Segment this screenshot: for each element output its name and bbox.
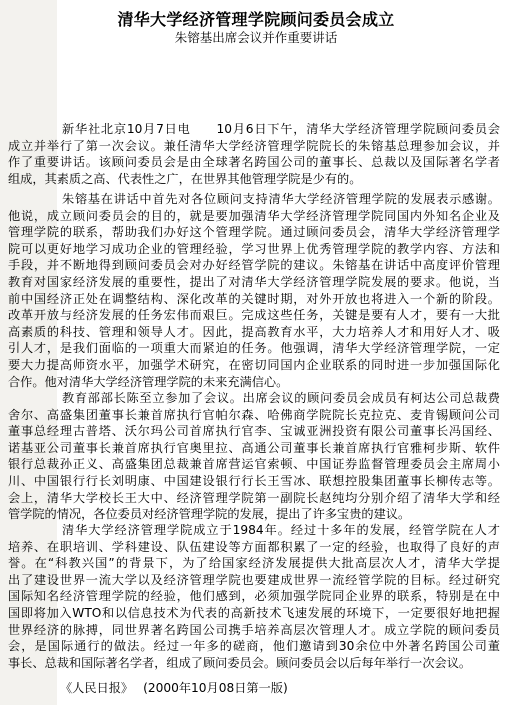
text-line: 国际知名经济管理学院的经验，他们感到，必须加强学院同企业界的联系，特别是在中 bbox=[8, 588, 500, 605]
text-line: 董事总经理古普塔、沃尔玛公司首席执行官李、宝诚亚洲投资有限公司董事长冯国经、 bbox=[8, 423, 500, 440]
text-line: 合作。他对清华大学经济管理学院的未来充满信心。 bbox=[8, 374, 500, 391]
text-line: 管学院的情况，各位委员对经济管理学院的发展，提出了许多宝贵的建议。 bbox=[8, 506, 500, 523]
text-line: 朱镕基在讲话中首先对各位顾问支持清华大学经济管理学院的发展表示感谢。 bbox=[8, 191, 500, 208]
text-line: 国即将加入WTO和以信息技术为代表的高新技术飞速发展的环境下，一定要很好地把握 bbox=[8, 605, 500, 622]
text-line: 院可以更好地学习成功企业的管理经验，学习世界上优秀管理学院的教学内容、方法和 bbox=[8, 241, 500, 258]
text-line: 出了建设世界一流大学以及经济管理学院也要建成世界一流经管学院的目标。经过研究 bbox=[8, 572, 500, 589]
text-line: 要大力提高师资水平，加强学术研究，在密切同国内企业联系的同时进一步加强国际化 bbox=[8, 357, 500, 374]
text-line: 高素质的科技、管理和领导人才。因此，提高教育水平，大力培养人才和用好人才、吸 bbox=[8, 324, 500, 341]
text-line: 他说，成立顾问委员会的目的，就是要加强清华大学经济管理学院同国内外知名企业及 bbox=[8, 208, 500, 225]
text-line: 引人才，是我们面临的一项重大而紧迫的任务。他强调，清华大学经济管理学院，一定 bbox=[8, 340, 500, 357]
article-page: 清华大学经济管理学院顾问委员会成立 朱镕基出席会议并作重要讲话 新华社北京10月… bbox=[0, 0, 512, 705]
text-line: 成立并举行了第一次会议。兼任清华大学经济管理学院院长的朱镕基总理参加会议，并 bbox=[8, 138, 500, 155]
text-line: 事长、总裁和国际著名学者，组成了顾问委员会。顾问委员会以后每年举行一次会议。 bbox=[8, 655, 500, 672]
text-line: 培养、在职培训、学科建设、队伍建设等方面都积累了一定的经验，也取得了良好的声 bbox=[8, 539, 500, 556]
text-line: 教育部部长陈至立参加了会议。出席会议的顾问委员会成员有柯达公司总裁费 bbox=[8, 390, 500, 407]
article-title: 清华大学经济管理学院顾问委员会成立 bbox=[0, 10, 512, 30]
source-citation: 《人民日报》 (2000年10月08日第一版) bbox=[60, 680, 288, 696]
paragraph-2: 朱镕基在讲话中首先对各位顾问支持清华大学经济管理学院的发展表示感谢。 他说，成立… bbox=[8, 191, 500, 390]
text-line: 世界经济的脉搏，同世界著名跨国公司携手培养高层次管理人才。成立学院的顾问委员 bbox=[8, 622, 500, 639]
text-line: 会上，清华大学校长王大中、经济管理学院第一副院长赵纯均分别介绍了清华大学和经 bbox=[8, 490, 500, 507]
paragraph-4: 清华大学经济管理学院成立于1984年。经过十多年的发展，经管学院在人才 培养、在… bbox=[8, 522, 500, 671]
text-line: 组成，其素质之高、代表性之广，在世界其他管理学院是少有的。 bbox=[8, 171, 500, 188]
text-line: 川、中国银行行长刘明康、中国建设银行行长王雪冰、联想控股集团董事长柳传志等。 bbox=[8, 473, 500, 490]
text-line: 银行总裁孙正义、高盛集团总裁兼首席营运官索顿、中国证券监督管理委员会主席周小 bbox=[8, 456, 500, 473]
article-subtitle: 朱镕基出席会议并作重要讲话 bbox=[0, 30, 512, 46]
text-line: 诺基亚公司董事长兼首席执行官奥里拉、高通公司董事长兼首席执行官雅柯步斯、软件 bbox=[8, 440, 500, 457]
text-line: 新华社北京10月7日电 10月6日下午，清华大学经济管理学院顾问委员会 bbox=[8, 121, 500, 138]
paragraph-1: 新华社北京10月7日电 10月6日下午，清华大学经济管理学院顾问委员会 成立并举… bbox=[8, 121, 500, 187]
text-line: 作了重要讲话。该顾问委员会是由全球著名跨国公司的董事长、总裁以及国际著名学者 bbox=[8, 154, 500, 171]
text-line: 教育对国家经济发展的重要性，提出了对清华大学经济管理学院发展的要求。他说，当 bbox=[8, 274, 500, 291]
text-line: 清华大学经济管理学院成立于1984年。经过十多年的发展，经管学院在人才 bbox=[8, 522, 500, 539]
text-line: 管理学院的联系，帮助我们办好这个管理学院。通过顾问委员会，清华大学经济管理学 bbox=[8, 224, 500, 241]
text-line: 会，是国际通行的做法。经过一年多的磋商，他们邀请到30余位中外著名跨国公司董 bbox=[8, 638, 500, 655]
text-line: 舍尔、高盛集团董事长兼首席执行官帕尔森、哈佛商学院院长克拉克、麦肯锡顾问公司 bbox=[8, 407, 500, 424]
paragraph-3: 教育部部长陈至立参加了会议。出席会议的顾问委员会成员有柯达公司总裁费 舍尔、高盛… bbox=[8, 390, 500, 523]
text-line: 前中国经济正处在调整结构、深化改革的关键时期，对外开放也将进入一个新的阶段。 bbox=[8, 291, 500, 308]
text-line: 手段，并不断地得到顾问委员会对办好经管学院的建议。朱镕基在讲话中高度评价管理 bbox=[8, 257, 500, 274]
text-line: 改革开放与经济发展的任务宏伟而艰巨。完成这些任务，关键是要有人才，要有一大批 bbox=[8, 307, 500, 324]
text-line: 誉。在“科教兴国”的背景下，为了给国家经济发展提供大批高层次人才，清华大学提 bbox=[8, 555, 500, 572]
